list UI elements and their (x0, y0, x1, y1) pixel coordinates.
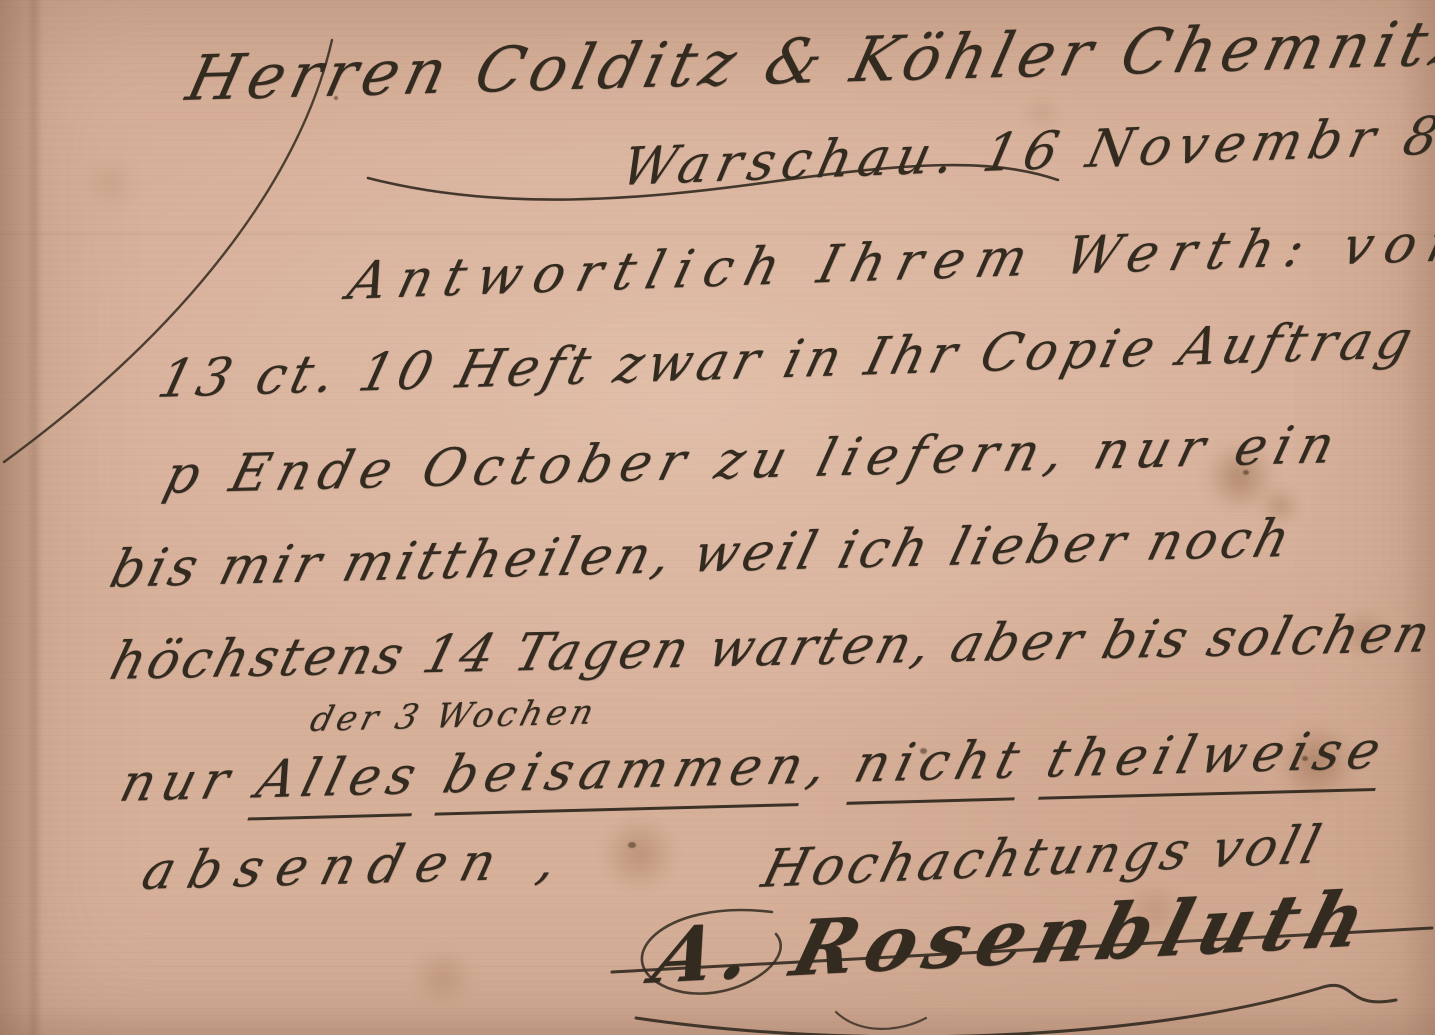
interline-insertion: der 3 Wochen (306, 692, 602, 740)
body-line-5: höchstens 14 Tagen warten, aber bis solc… (104, 604, 1435, 692)
body-line-4: bis mir mittheilen, weil ich lieber noch (104, 509, 1300, 600)
stain (408, 950, 478, 1004)
ink-speck (628, 842, 636, 848)
date-line: Warschau. 16 Novembr 84 (616, 104, 1435, 198)
stain (80, 160, 140, 206)
left-crease (26, 0, 42, 1035)
body-line-6: nur Alles beisammen, nicht theilweise (114, 720, 1394, 814)
stain (596, 818, 682, 890)
signature-tail (836, 1012, 926, 1029)
body-line-7: absenden , (136, 830, 577, 902)
underlined-word-alles: Alles (248, 746, 429, 821)
body-line-1: Antwortlich Ihrem Werth: vom (342, 212, 1435, 312)
underlined-word-nicht: nicht (846, 730, 1033, 805)
underlined-word-theilweise: theilweise (1038, 720, 1394, 799)
recipient-line: Herren Colditz & Köhler Chemnitz (180, 6, 1435, 115)
body-line-2: 13 ct. 10 Heft zwar in Ihr Copie Auftrag (152, 310, 1423, 410)
underlined-word-beisammen: beisammen (434, 736, 816, 816)
word: nur (114, 750, 266, 814)
signature: A. Rosenbluth (644, 873, 1384, 1001)
body-line-3: p Ende October zu liefern, nur ein (158, 415, 1349, 506)
postcard-scan: Herren Colditz & Köhler Chemnitz Warscha… (0, 0, 1435, 1035)
